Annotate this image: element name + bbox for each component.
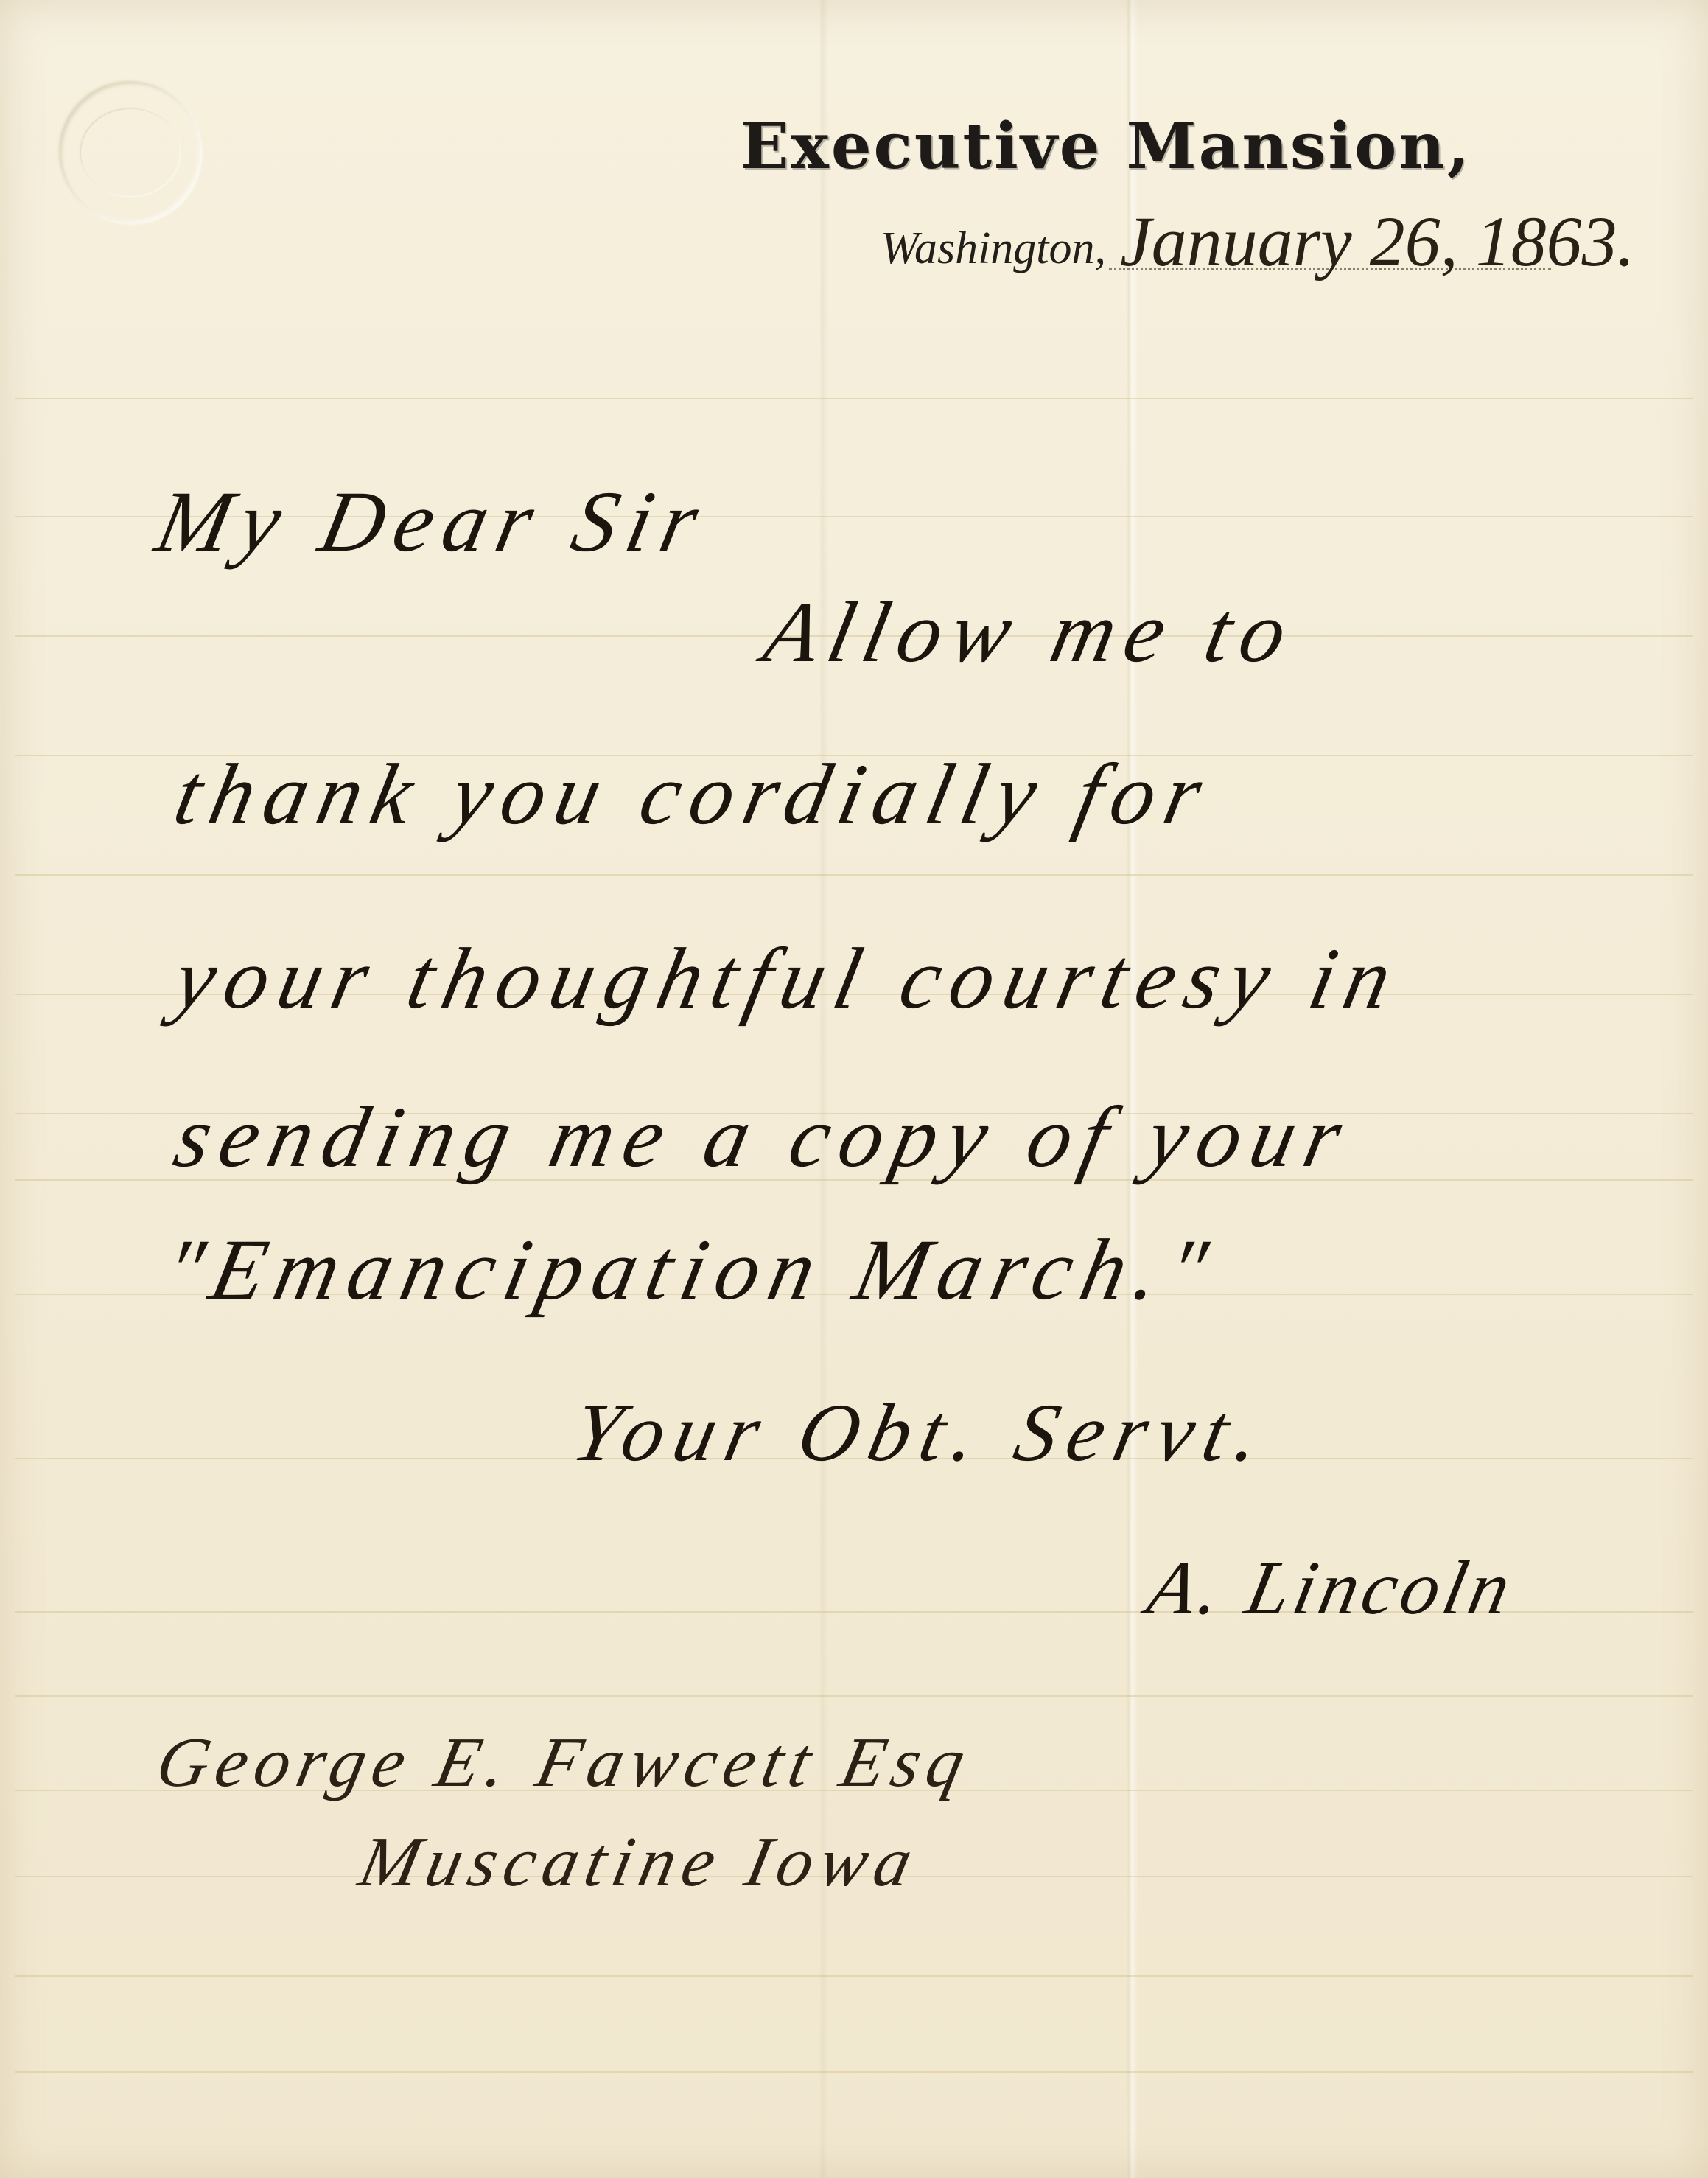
embossed-seal-icon xyxy=(60,83,200,223)
letterhead-title: Executive Mansion, xyxy=(741,109,1471,184)
ruled-line xyxy=(15,1695,1693,1697)
body-line-2: thank you cordially for xyxy=(167,744,1221,845)
body-line-1: Allow me to xyxy=(756,582,1306,683)
ruled-line xyxy=(15,874,1693,876)
letter-sheet: Executive Mansion, Washington, January 2… xyxy=(0,0,1708,2178)
signature: A. Lincoln xyxy=(1140,1544,1522,1632)
addressee-location: Muscatine Iowa xyxy=(352,1821,926,1902)
ruled-line xyxy=(15,2071,1693,2073)
body-line-5: "Emancipation March." xyxy=(155,1220,1226,1320)
salutation: My Dear Sir xyxy=(148,472,718,572)
letterhead-place: Washington, xyxy=(881,223,1106,275)
body-line-3: your thoughtful courtesy in xyxy=(167,929,1410,1029)
ruled-line xyxy=(15,398,1693,399)
closing: Your Obt. Servt. xyxy=(564,1386,1278,1481)
body-line-4: sending me a copy of your xyxy=(167,1087,1361,1187)
letter-date: January 26, 1863. xyxy=(1120,200,1635,282)
addressee-name: George E. Fawcett Esq xyxy=(150,1721,979,1803)
ruled-line xyxy=(15,1975,1693,1977)
